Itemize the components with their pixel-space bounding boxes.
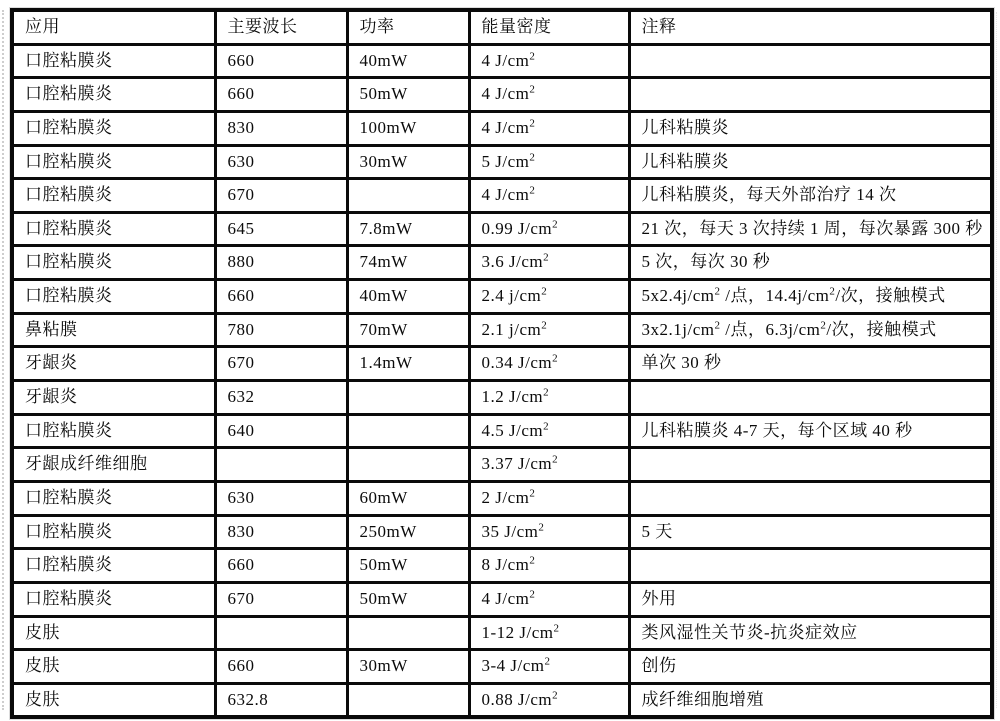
table-cell: 0.99 J/cm2 <box>469 212 629 246</box>
table-cell <box>347 616 469 650</box>
table-cell <box>629 381 992 415</box>
table-cell <box>629 549 992 583</box>
table-cell: 牙龈炎 <box>12 347 215 381</box>
table-cell: 30mW <box>347 650 469 684</box>
table-cell: 60mW <box>347 481 469 515</box>
table-cell <box>347 414 469 448</box>
table-row: 牙龈炎6321.2 J/cm2 <box>12 381 992 415</box>
table-cell: 皮肤 <box>12 683 215 717</box>
table-row: 口腔粘膜炎66050mW4 J/cm2 <box>12 78 992 112</box>
table-cell: 口腔粘膜炎 <box>12 414 215 448</box>
table-cell: 类风湿性关节炎-抗炎症效应 <box>629 616 992 650</box>
table-cell: 口腔粘膜炎 <box>12 481 215 515</box>
table-cell <box>629 481 992 515</box>
table-row: 口腔粘膜炎6704 J/cm2儿科粘膜炎，每天外部治疗 14 次 <box>12 179 992 213</box>
table-cell: 35 J/cm2 <box>469 515 629 549</box>
table-cell: 皮肤 <box>12 616 215 650</box>
table-cell: 2.4 j/cm2 <box>469 280 629 314</box>
table-row: 皮肤66030mW3-4 J/cm2创伤 <box>12 650 992 684</box>
table-cell: 口腔粘膜炎 <box>12 145 215 179</box>
table-cell: 630 <box>215 145 347 179</box>
table-row: 口腔粘膜炎66040mW2.4 j/cm25x2.4j/cm2 /点，14.4j… <box>12 280 992 314</box>
table-row: 牙龈成纤维细胞3.37 J/cm2 <box>12 448 992 482</box>
column-header: 功率 <box>347 10 469 44</box>
table-row: 牙龈炎6701.4mW0.34 J/cm2单次 30 秒 <box>12 347 992 381</box>
table-cell: 830 <box>215 515 347 549</box>
table-cell: 5 次，每次 30 秒 <box>629 246 992 280</box>
table-cell <box>629 78 992 112</box>
table-cell: 成纤维细胞增殖 <box>629 683 992 717</box>
table-cell <box>215 616 347 650</box>
table-cell: 4 J/cm2 <box>469 179 629 213</box>
table-cell: 660 <box>215 650 347 684</box>
table-cell: 21 次，每天 3 次持续 1 周，每次暴露 300 秒 <box>629 212 992 246</box>
table-row: 鼻粘膜78070mW2.1 j/cm23x2.1j/cm2 /点，6.3j/cm… <box>12 313 992 347</box>
table-cell: 鼻粘膜 <box>12 313 215 347</box>
table-row: 口腔粘膜炎66050mW8 J/cm2 <box>12 549 992 583</box>
table-cell: 1-12 J/cm2 <box>469 616 629 650</box>
table-row: 口腔粘膜炎830250mW35 J/cm25 天 <box>12 515 992 549</box>
table-cell: 4 J/cm2 <box>469 111 629 145</box>
table-cell: 632.8 <box>215 683 347 717</box>
table-row: 口腔粘膜炎63030mW5 J/cm2儿科粘膜炎 <box>12 145 992 179</box>
table-cell: 660 <box>215 280 347 314</box>
column-header: 注释 <box>629 10 992 44</box>
table-cell: 30mW <box>347 145 469 179</box>
table-cell: 皮肤 <box>12 650 215 684</box>
column-header: 应用 <box>12 10 215 44</box>
table-cell: 3.37 J/cm2 <box>469 448 629 482</box>
table-row: 口腔粘膜炎6457.8mW0.99 J/cm221 次，每天 3 次持续 1 周… <box>12 212 992 246</box>
table-cell: 儿科粘膜炎 4-7 天，每个区域 40 秒 <box>629 414 992 448</box>
table-row: 口腔粘膜炎63060mW2 J/cm2 <box>12 481 992 515</box>
column-header: 主要波长 <box>215 10 347 44</box>
table-cell <box>347 448 469 482</box>
table-cell: 儿科粘膜炎 <box>629 111 992 145</box>
table-cell: 4 J/cm2 <box>469 44 629 78</box>
table-cell: 630 <box>215 481 347 515</box>
table-cell: 口腔粘膜炎 <box>12 246 215 280</box>
scanned-document-page: 应用主要波长功率能量密度注释 口腔粘膜炎66040mW4 J/cm2口腔粘膜炎6… <box>0 0 1000 721</box>
table-row: 口腔粘膜炎88074mW3.6 J/cm25 次，每次 30 秒 <box>12 246 992 280</box>
table-cell: 3x2.1j/cm2 /点，6.3j/cm2/次，接触模式 <box>629 313 992 347</box>
table-cell: 2.1 j/cm2 <box>469 313 629 347</box>
table-cell <box>347 179 469 213</box>
table-cell: 口腔粘膜炎 <box>12 212 215 246</box>
table-header: 应用主要波长功率能量密度注释 <box>12 10 992 44</box>
table-cell: 口腔粘膜炎 <box>12 515 215 549</box>
header-row: 应用主要波长功率能量密度注释 <box>12 10 992 44</box>
table-cell: 4.5 J/cm2 <box>469 414 629 448</box>
table-cell: 40mW <box>347 44 469 78</box>
table-row: 口腔粘膜炎6404.5 J/cm2儿科粘膜炎 4-7 天，每个区域 40 秒 <box>12 414 992 448</box>
table-cell: 50mW <box>347 582 469 616</box>
table-cell: 670 <box>215 179 347 213</box>
table-cell: 单次 30 秒 <box>629 347 992 381</box>
table-cell: 口腔粘膜炎 <box>12 78 215 112</box>
table-cell: 40mW <box>347 280 469 314</box>
table-cell <box>347 381 469 415</box>
table-cell: 牙龈成纤维细胞 <box>12 448 215 482</box>
table-cell: 口腔粘膜炎 <box>12 44 215 78</box>
table-cell <box>215 448 347 482</box>
table-cell: 5 J/cm2 <box>469 145 629 179</box>
table-cell: 50mW <box>347 549 469 583</box>
table-cell: 3.6 J/cm2 <box>469 246 629 280</box>
table-cell: 0.88 J/cm2 <box>469 683 629 717</box>
scan-artifact-left <box>2 10 4 710</box>
table-body: 口腔粘膜炎66040mW4 J/cm2口腔粘膜炎66050mW4 J/cm2口腔… <box>12 44 992 717</box>
table-cell: 50mW <box>347 78 469 112</box>
table-cell <box>629 448 992 482</box>
table-cell: 0.34 J/cm2 <box>469 347 629 381</box>
table-row: 口腔粘膜炎830100mW4 J/cm2儿科粘膜炎 <box>12 111 992 145</box>
table-cell: 口腔粘膜炎 <box>12 280 215 314</box>
table-cell: 牙龈炎 <box>12 381 215 415</box>
table-cell: 1.4mW <box>347 347 469 381</box>
table-cell: 7.8mW <box>347 212 469 246</box>
scan-artifact-right <box>996 12 997 708</box>
table-cell: 创伤 <box>629 650 992 684</box>
table-cell: 670 <box>215 582 347 616</box>
column-header: 能量密度 <box>469 10 629 44</box>
table-cell: 8 J/cm2 <box>469 549 629 583</box>
table-cell: 口腔粘膜炎 <box>12 179 215 213</box>
table-cell: 660 <box>215 78 347 112</box>
table-cell: 660 <box>215 44 347 78</box>
table-cell: 880 <box>215 246 347 280</box>
table-cell: 70mW <box>347 313 469 347</box>
table-cell: 5x2.4j/cm2 /点，14.4j/cm2/次，接触模式 <box>629 280 992 314</box>
table-cell: 2 J/cm2 <box>469 481 629 515</box>
table-cell: 口腔粘膜炎 <box>12 111 215 145</box>
table-cell: 外用 <box>629 582 992 616</box>
table-cell: 100mW <box>347 111 469 145</box>
table-row: 皮肤632.80.88 J/cm2成纤维细胞增殖 <box>12 683 992 717</box>
table-cell: 3-4 J/cm2 <box>469 650 629 684</box>
table-cell: 5 天 <box>629 515 992 549</box>
table-cell: 4 J/cm2 <box>469 582 629 616</box>
table-cell: 780 <box>215 313 347 347</box>
table-row: 皮肤1-12 J/cm2类风湿性关节炎-抗炎症效应 <box>12 616 992 650</box>
table-cell: 4 J/cm2 <box>469 78 629 112</box>
table-row: 口腔粘膜炎66040mW4 J/cm2 <box>12 44 992 78</box>
table-cell <box>347 683 469 717</box>
table-cell: 645 <box>215 212 347 246</box>
table-cell: 632 <box>215 381 347 415</box>
table-cell: 74mW <box>347 246 469 280</box>
table-cell: 口腔粘膜炎 <box>12 549 215 583</box>
laser-therapy-parameters-table: 应用主要波长功率能量密度注释 口腔粘膜炎66040mW4 J/cm2口腔粘膜炎6… <box>10 8 994 719</box>
table-cell: 670 <box>215 347 347 381</box>
table-cell: 660 <box>215 549 347 583</box>
table-cell: 口腔粘膜炎 <box>12 582 215 616</box>
table-cell: 830 <box>215 111 347 145</box>
table-row: 口腔粘膜炎67050mW4 J/cm2外用 <box>12 582 992 616</box>
table-cell: 儿科粘膜炎 <box>629 145 992 179</box>
table-cell: 1.2 J/cm2 <box>469 381 629 415</box>
table-cell: 640 <box>215 414 347 448</box>
table-cell <box>629 44 992 78</box>
table-cell: 儿科粘膜炎，每天外部治疗 14 次 <box>629 179 992 213</box>
table-cell: 250mW <box>347 515 469 549</box>
